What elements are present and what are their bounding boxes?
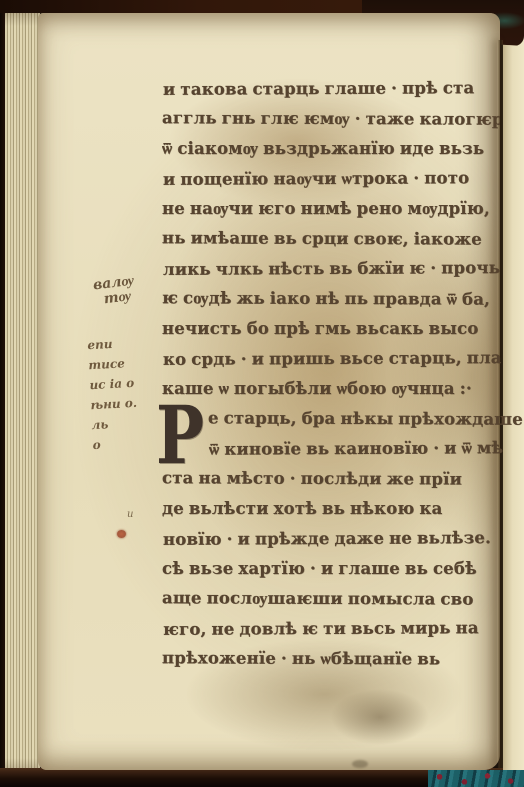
text-line: не наѹчи ѥго нимѣ рено мѹдрїю, — [162, 194, 500, 224]
text-line: новїю · и прѣжде даже не вьлѣзе. — [163, 523, 501, 555]
margin-note-line: епи — [87, 333, 134, 355]
text-line: ѿ киновїе вь каиновїю · и ѿ мѣ — [163, 433, 524, 465]
text-line: де вьлѣсти хотѣ вь нѣкою ка — [162, 494, 500, 524]
text-line: и такова старць глаше · прѣ ста — [163, 73, 501, 105]
text-block: и такова старць глаше · прѣ ста аггль гн… — [162, 74, 502, 674]
text-line: ѿ сіакомѹ вьздрьжанїю иде вьзь — [162, 134, 500, 164]
red-ink-dot-stain — [117, 530, 126, 538]
text-line: прѣхоженїе · нь ѡбѣщанїе вь — [162, 643, 500, 674]
page-edge-stack — [5, 12, 40, 774]
text-line: ѥ сѹдѣ жь іако нѣ пь правда ѿ ба, — [162, 283, 500, 314]
text-line: нь имѣаше вь срци своѥ, іакоже — [162, 223, 500, 254]
text-line: аггль гнь глѥ ѥмѹ · таже калогѥре — [162, 103, 500, 134]
text-line: сѣ вьзе хартїю · и глаше вь себѣ — [162, 554, 500, 584]
text-line: каше ѡ погыбѣли ѡбою ѹчнца :· — [162, 374, 500, 404]
margin-note-upper: валѹ тѹ — [92, 274, 136, 309]
text-line: ста на мѣсто · послѣди же прїи — [162, 463, 500, 494]
margin-note-line: ис іа о — [89, 373, 136, 395]
margin-mark: и — [127, 509, 133, 520]
bottom-smudge-stain — [352, 760, 368, 768]
drop-cap-initial: Р — [156, 398, 204, 472]
text-line: ѥго, не довлѣ ѥ ти вьсь мирь на — [163, 613, 501, 645]
manuscript-photo: и такова старць глаше · прѣ ста аггль гн… — [0, 0, 524, 787]
margin-note-line: ѣни о. — [90, 393, 137, 415]
text-line: аще послѹшаѥши помысла сво — [162, 583, 500, 614]
text-line: и пощенїю наѹчи ѡтрока · пото — [163, 163, 501, 195]
margin-note-line: тисе — [88, 353, 135, 375]
text-line: ликь члкь нѣсть вь бжїи ѥ · прочь — [163, 253, 501, 285]
margin-note-line: ль — [91, 413, 138, 435]
next-page-edge — [503, 26, 524, 772]
margin-note-lower: епи тисе ис іа о ѣни о. ль о — [87, 333, 140, 455]
cloth-endband — [428, 770, 524, 787]
text-line: нечисть бо прѣ гмь вьсакь высо — [162, 314, 500, 344]
text-line: е старць, бра нѣкы прѣхождаше — [162, 403, 524, 435]
margin-note-line: о — [92, 433, 139, 455]
text-line: ко срдь · и пришь вьсе старць, пла — [163, 343, 501, 375]
